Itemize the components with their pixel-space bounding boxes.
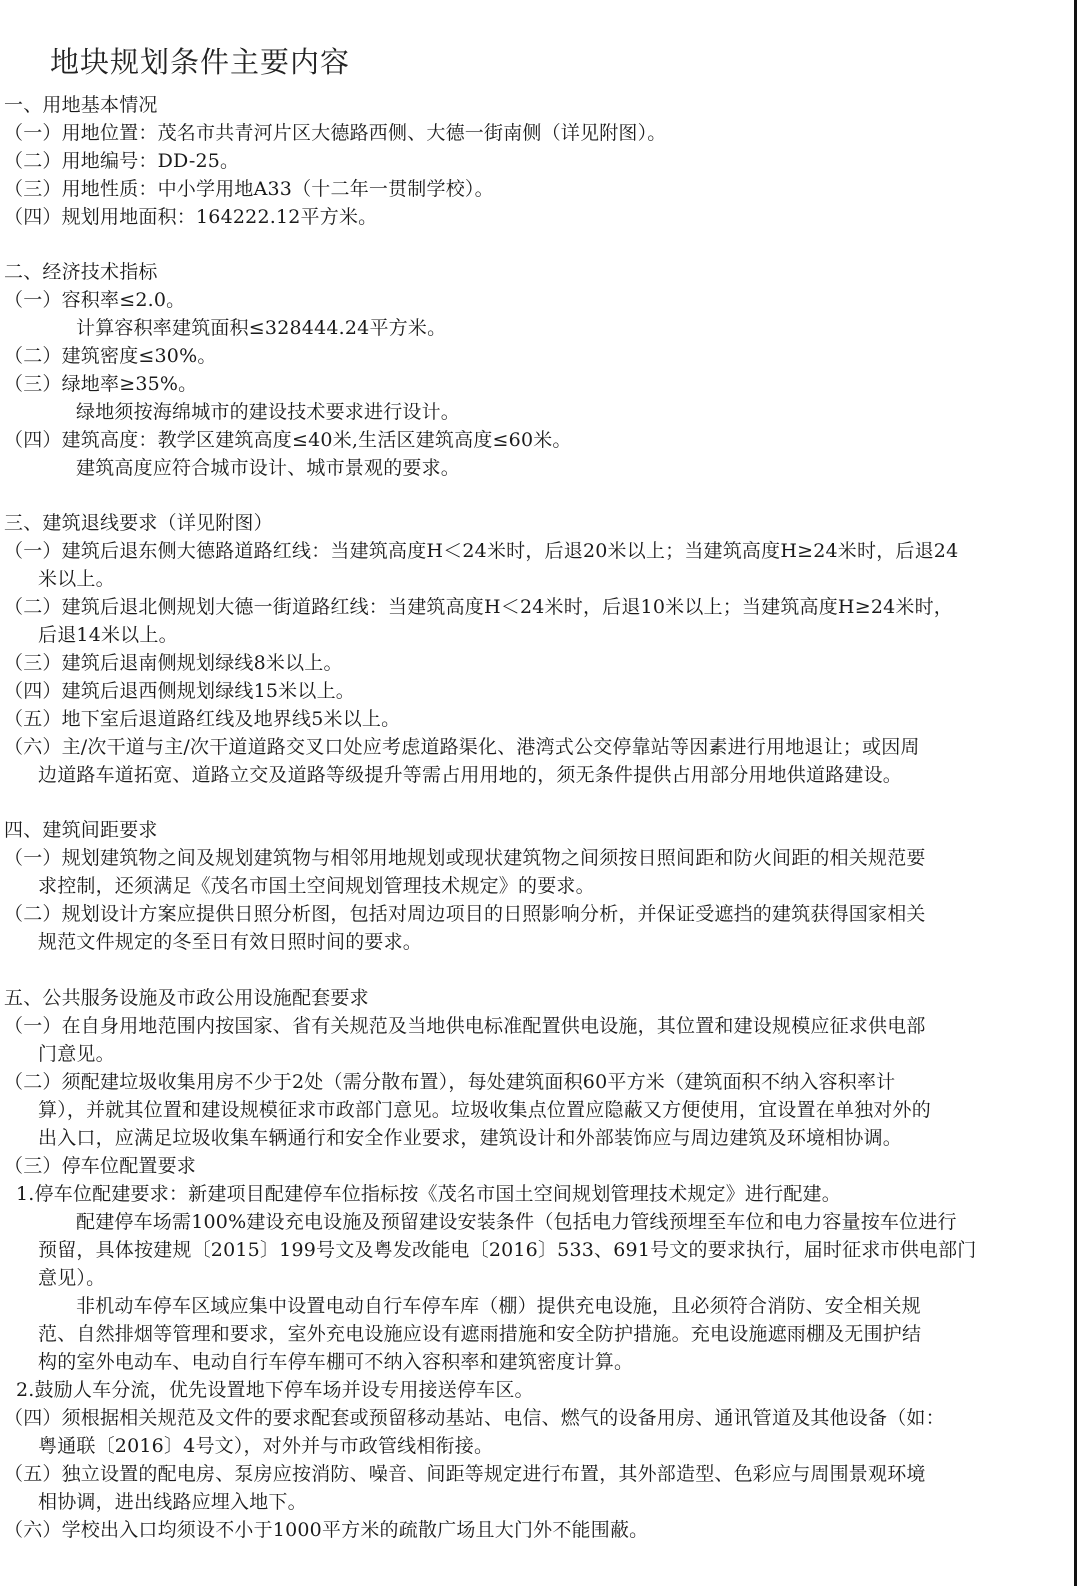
setback-basement: （五）地下室后退道路红线及地界线5米以上。 xyxy=(4,706,400,732)
setback-intersection-cont: 边道路车道拓宽、道路立交及道路等级提升等需占用用地的，须无条件提供占用部分用地供… xyxy=(38,762,902,788)
setback-east: （一）建筑后退东侧大德路道路红线：当建筑高度H＜24米时，后退20米以上；当建筑… xyxy=(4,538,958,564)
school-entrance-plaza: （六）学校出入口均须设不小于1000平方米的疏散广场且大门外不能围蔽。 xyxy=(4,1517,648,1543)
parking-charging-cont-1: 预留，具体按建规〔2015〕199号文及粤发改能电〔2016〕533、691号文… xyxy=(38,1237,977,1263)
section-heading-land-basics: 一、用地基本情况 xyxy=(4,92,158,118)
page-border-line xyxy=(1074,0,1077,1586)
setback-west: （四）建筑后退西侧规划绿线15米以上。 xyxy=(4,678,355,704)
land-location: （一）用地位置：茂名市共青河片区大德路西侧、大德一街南侧（详见附图）。 xyxy=(4,120,667,146)
power-pump-rooms: （五）独立设置的配电房、泵房应按消防、噪音、间距等规定进行布置，其外部造型、色彩… xyxy=(4,1461,926,1487)
telecom-facilities-cont: 粤通联〔2016〕4号文），对外并与市政管线相衔接。 xyxy=(38,1433,493,1459)
section-heading-public-facilities: 五、公共服务设施及市政公用设施配套要求 xyxy=(4,985,369,1011)
parking-item-1: 1.停车位配建要求：新建项目配建停车位指标按《茂名市国土空间规划管理技术规定》进… xyxy=(16,1181,841,1207)
setback-intersection: （六）主/次干道与主/次干道道路交叉口处应考虑道路渠化、港湾式公交停靠站等因素进… xyxy=(4,734,920,760)
floor-area-ratio-note: 计算容积率建筑面积≤328444.24平方米。 xyxy=(76,315,446,341)
parking-item-2: 2.鼓励人车分流，优先设置地下停车场并设专用接送停车区。 xyxy=(16,1377,534,1403)
parking-charging: 配建停车场需100%建设充电设施及预留建设安装条件（包括电力管线预埋至车位和电力… xyxy=(76,1209,957,1235)
garbage-room: （二）须配建垃圾收集用房不少于2处（需分散布置），每处建筑面积60平方米（建筑面… xyxy=(4,1069,895,1095)
garbage-room-cont-2: 出入口，应满足垃圾收集车辆通行和安全作业要求，建筑设计和外部装饰应与周边建筑及环… xyxy=(38,1125,902,1151)
non-motor-parking-cont-1: 范、自然排烟等管理和要求，室外充电设施应设有遮雨措施和安全防护措施。充电设施遮雨… xyxy=(38,1321,921,1347)
spacing-rule-2: （二）规划设计方案应提供日照分析图，包括对周边项目的日照影响分析，并保证受遮挡的… xyxy=(4,901,926,927)
setback-north-cont: 后退14米以上。 xyxy=(38,622,178,648)
power-supply: （一）在自身用地范围内按国家、省有关规范及当地供电标准配置供电设施，其位置和建设… xyxy=(4,1013,926,1039)
land-use-type: （三）用地性质：中小学用地A33（十二年一贯制学校）。 xyxy=(4,176,494,202)
land-area: （四）规划用地面积：164222.12平方米。 xyxy=(4,204,377,230)
section-heading-setback: 三、建筑退线要求（详见附图） xyxy=(4,510,273,536)
spacing-rule-1: （一）规划建筑物之间及规划建筑物与相邻用地规划或现状建筑物之间须按日照间距和防火… xyxy=(4,845,926,871)
floor-area-ratio: （一）容积率≤2.0。 xyxy=(4,287,185,313)
setback-south: （三）建筑后退南侧规划绿线8米以上。 xyxy=(4,650,343,676)
building-density: （二）建筑密度≤30%。 xyxy=(4,343,217,369)
building-height-note: 建筑高度应符合城市设计、城市景观的要求。 xyxy=(76,455,460,481)
land-code: （二）用地编号：DD-25。 xyxy=(4,148,239,174)
green-ratio-note: 绿地须按海绵城市的建设技术要求进行设计。 xyxy=(76,399,460,425)
section-heading-economic-indicators: 二、经济技术指标 xyxy=(4,259,158,285)
spacing-rule-1-cont: 求控制，还须满足《茂名市国土空间规划管理技术规定》的要求。 xyxy=(38,873,595,899)
parking-charging-cont-2: 意见）。 xyxy=(38,1265,105,1291)
garbage-room-cont-1: 算），并就其位置和建设规模征求市政部门意见。垃圾收集点位置应隐蔽又方便使用，宜设… xyxy=(38,1097,931,1123)
setback-north: （二）建筑后退北侧规划大德一街道路红线：当建筑高度H＜24米时，后退10米以上；… xyxy=(4,594,953,620)
section-heading-spacing: 四、建筑间距要求 xyxy=(4,817,158,843)
non-motor-parking-cont-2: 构的室外电动车、电动自行车停车棚可不纳入容积率和建筑密度计算。 xyxy=(38,1349,633,1375)
telecom-facilities: （四）须根据相关规范及文件的要求配套或预留移动基站、电信、燃气的设备用房、通讯管… xyxy=(4,1405,945,1431)
power-pump-rooms-cont: 相协调，进出线路应埋入地下。 xyxy=(38,1489,307,1515)
building-height: （四）建筑高度：教学区建筑高度≤40米,生活区建筑高度≤60米。 xyxy=(4,427,572,453)
power-supply-cont: 门意见。 xyxy=(38,1041,115,1067)
green-ratio: （三）绿地率≥35%。 xyxy=(4,371,197,397)
setback-east-cont: 米以上。 xyxy=(38,566,115,592)
parking-heading: （三）停车位配置要求 xyxy=(4,1153,196,1179)
document-title: 地块规划条件主要内容 xyxy=(50,40,350,81)
non-motor-parking: 非机动车停车区域应集中设置电动自行车停车库（棚）提供充电设施，且必须符合消防、安… xyxy=(76,1293,921,1319)
spacing-rule-2-cont: 规范文件规定的冬至日有效日照时间的要求。 xyxy=(38,929,422,955)
